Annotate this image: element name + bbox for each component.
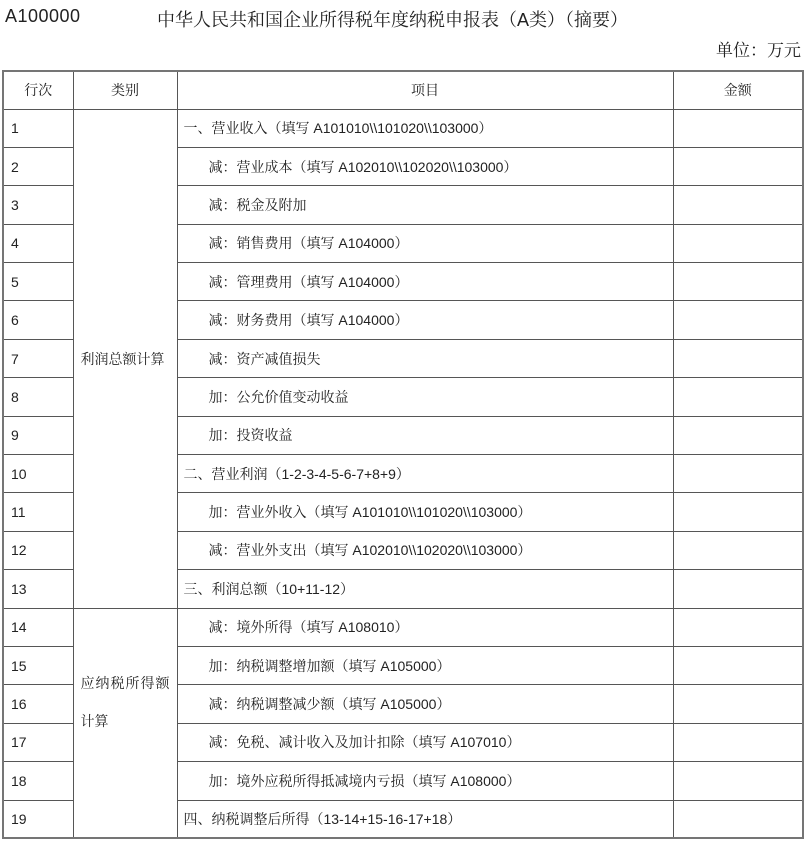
item-cell: 二、营业利润（1-2-3-4-5-6-7+8+9） — [177, 455, 673, 493]
item-cell: 加：投资收益 — [177, 416, 673, 454]
amount-cell — [673, 186, 803, 224]
amount-cell — [673, 800, 803, 838]
item-cell: 减：营业外支出（填写 A102010\\102020\\103000） — [177, 531, 673, 569]
row-number: 5 — [3, 263, 73, 301]
amount-cell — [673, 416, 803, 454]
column-header-item: 项目 — [177, 71, 673, 109]
amount-cell — [673, 570, 803, 608]
item-cell: 三、利润总额（10+11-12） — [177, 570, 673, 608]
column-header-amount: 金额 — [673, 71, 803, 109]
row-number: 14 — [3, 608, 73, 646]
item-cell: 减：营业成本（填写 A102010\\102020\\103000） — [177, 147, 673, 185]
form-title: 中华人民共和国企业所得税年度纳税申报表（A类）（摘要） — [157, 6, 628, 32]
row-number: 1 — [3, 109, 73, 147]
item-cell: 减：销售费用（填写 A104000） — [177, 224, 673, 262]
amount-cell — [673, 339, 803, 377]
amount-cell — [673, 455, 803, 493]
row-number: 17 — [3, 723, 73, 761]
unit-label: 单位：万元 — [716, 36, 801, 61]
amount-cell — [673, 646, 803, 684]
header-row: 行次 类别 项目 金额 — [3, 71, 803, 109]
column-header-row-no: 行次 — [3, 71, 73, 109]
table-row: 1 利润总额计算 一、营业收入（填写 A101010\\101020\\1030… — [3, 109, 803, 147]
item-cell: 减：税金及附加 — [177, 186, 673, 224]
column-header-category: 类别 — [73, 71, 177, 109]
amount-cell — [673, 147, 803, 185]
form-page: A100000 中华人民共和国企业所得税年度纳税申报表（A类）（摘要） 单位：万… — [0, 0, 804, 844]
category-cell-taxable-income: 应纳税所得额计算 — [73, 608, 177, 838]
item-cell: 加：营业外收入（填写 A101010\\101020\\103000） — [177, 493, 673, 531]
amount-cell — [673, 723, 803, 761]
item-cell: 减：财务费用（填写 A104000） — [177, 301, 673, 339]
row-number: 3 — [3, 186, 73, 224]
amount-cell — [673, 608, 803, 646]
row-number: 6 — [3, 301, 73, 339]
row-number: 13 — [3, 570, 73, 608]
row-number: 7 — [3, 339, 73, 377]
row-number: 11 — [3, 493, 73, 531]
row-number: 2 — [3, 147, 73, 185]
row-number: 12 — [3, 531, 73, 569]
item-cell: 减：管理费用（填写 A104000） — [177, 263, 673, 301]
amount-cell — [673, 378, 803, 416]
category-cell-profit-total: 利润总额计算 — [73, 109, 177, 608]
row-number: 4 — [3, 224, 73, 262]
amount-cell — [673, 762, 803, 800]
tax-form-table: 行次 类别 项目 金额 1 利润总额计算 一、营业收入（填写 A101010\\… — [2, 70, 804, 839]
row-number: 15 — [3, 646, 73, 684]
form-number: A100000 — [5, 6, 81, 27]
item-cell: 减：资产减值损失 — [177, 339, 673, 377]
item-cell: 加：公允价值变动收益 — [177, 378, 673, 416]
row-number: 9 — [3, 416, 73, 454]
row-number: 8 — [3, 378, 73, 416]
row-number: 19 — [3, 800, 73, 838]
amount-cell — [673, 109, 803, 147]
row-number: 18 — [3, 762, 73, 800]
row-number: 10 — [3, 455, 73, 493]
amount-cell — [673, 263, 803, 301]
item-cell: 加：境外应税所得抵减境内亏损（填写 A108000） — [177, 762, 673, 800]
item-cell: 减：境外所得（填写 A108010） — [177, 608, 673, 646]
item-cell: 四、纳税调整后所得（13-14+15-16-17+18） — [177, 800, 673, 838]
amount-cell — [673, 301, 803, 339]
item-cell: 一、营业收入（填写 A101010\\101020\\103000） — [177, 109, 673, 147]
table-row: 14 应纳税所得额计算 减：境外所得（填写 A108010） — [3, 608, 803, 646]
amount-cell — [673, 493, 803, 531]
item-cell: 加：纳税调整增加额（填写 A105000） — [177, 646, 673, 684]
amount-cell — [673, 224, 803, 262]
row-number: 16 — [3, 685, 73, 723]
item-cell: 减：纳税调整减少额（填写 A105000） — [177, 685, 673, 723]
amount-cell — [673, 531, 803, 569]
item-cell: 减：免税、减计收入及加计扣除（填写 A107010） — [177, 723, 673, 761]
amount-cell — [673, 685, 803, 723]
